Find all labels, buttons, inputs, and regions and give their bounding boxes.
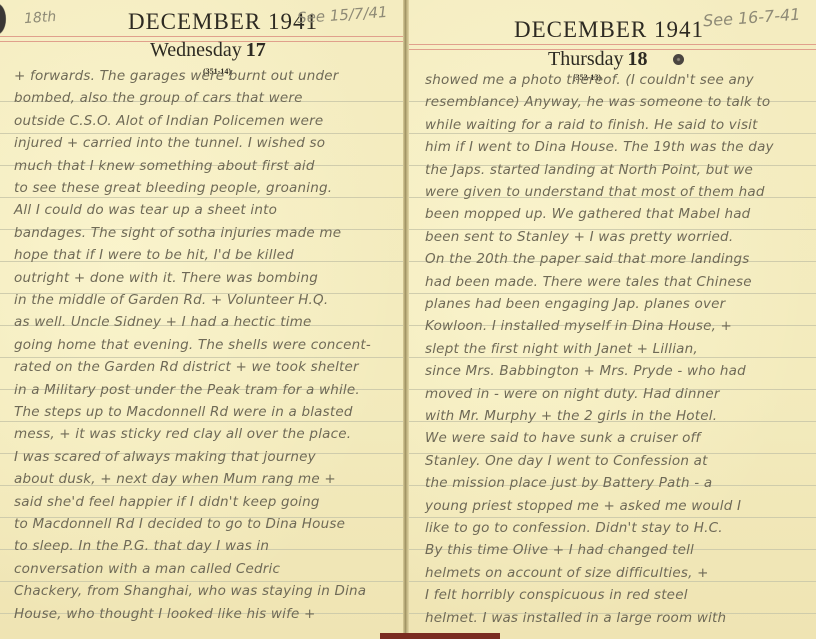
handwritten-line: planes had been engaging Jap. planes ove… [425,296,725,312]
handwritten-line: conversation with a man called Cedric [14,561,280,577]
handwritten-date: 18th [23,9,56,27]
handwritten-line: injured + carried into the tunnel. I wis… [14,135,325,151]
full-moon-icon [673,54,684,65]
diary-spread: 18th DECEMBER 1941 See 15/7/41 Wednesday… [0,0,816,639]
handwritten-line: been mopped up. We gathered that Mabel h… [425,206,750,222]
binder-clip [0,0,8,38]
handwritten-line: helmets on account of size difficulties,… [425,565,709,581]
handwritten-line: bombed, also the group of cars that were [14,90,303,106]
handwritten-line: outright + done with it. There was bombi… [14,270,318,286]
handwritten-line: On the 20th the paper said that more lan… [425,251,749,267]
handwritten-line: in the middle of Garden Rd. + Volunteer … [14,292,328,308]
day-heading: Wednesday17 [150,39,266,62]
handwritten-line: much that I knew something about first a… [14,158,315,174]
month-header: DECEMBER 1941 [514,17,704,43]
handwritten-line: All I could do was tear up a sheet into [14,202,277,218]
handwritten-line: since Mrs. Babbington + Mrs. Pryde - who… [425,363,746,379]
handwritten-line: to Macdonnell Rd I decided to go to Dina… [14,516,345,532]
left-page: 18th DECEMBER 1941 See 15/7/41 Wednesday… [0,0,405,639]
handwritten-line: I felt horribly conspicuous in red steel [425,587,688,603]
month-header: DECEMBER 1941 [128,9,318,35]
handwritten-line: to see these great bleeding people, groa… [14,180,332,196]
handwritten-line: in a Military post under the Peak tram f… [14,382,360,398]
day-number: 17 [246,39,266,61]
book-gutter [403,0,409,639]
handwritten-line: hope that if I were to be hit, I'd be ki… [14,247,294,263]
handwritten-line: I was scared of always making that journ… [14,449,316,465]
handwritten-line: moved in - were on night duty. Had dinne… [425,386,720,402]
handwritten-line: the mission place just by Battery Path -… [425,475,712,491]
handwritten-line: with Mr. Murphy + the 2 girls in the Hot… [425,408,717,424]
handwritten-line: been sent to Stanley + I was pretty worr… [425,229,733,245]
handwritten-line: said she'd feel happier if I didn't keep… [14,494,320,510]
day-number: 18 [628,48,648,70]
handwritten-line: him if I went to Dina House. The 19th wa… [425,139,774,155]
handwritten-line: showed me a photo thereof. (I couldn't s… [425,72,754,88]
day-name: Wednesday [150,39,242,61]
handwritten-line: Chackery, from Shanghai, who was staying… [14,583,366,599]
handwritten-line: like to go to confession. Didn't stay to… [425,520,723,536]
handwritten-line: + forwards. The garages were burnt out u… [14,68,339,84]
handwritten-line: resemblance) Anyway, he was someone to t… [425,94,770,110]
handwritten-line: young priest stopped me + asked me would… [425,498,741,514]
handwritten-line: mess, + it was sticky red clay all over … [14,426,351,442]
handwritten-line: By this time Olive + I had changed tell [425,542,694,558]
handwritten-line: rated on the Garden Rd district + we too… [14,359,359,375]
handwritten-line: bandages. The sight of sotha injuries ma… [14,225,341,241]
day-heading: Thursday18 [548,48,648,71]
handwritten-line: to sleep. In the P.G. that day I was in [14,538,269,554]
right-page: DECEMBER 1941 See 16-7-41 Thursday18 (35… [407,0,816,639]
handwritten-line: outside C.S.O. Alot of Indian Policemen … [14,113,323,129]
handwritten-line: while waiting for a raid to finish. He s… [425,117,758,133]
handwritten-line: House, who thought I looked like his wif… [14,606,316,622]
day-name: Thursday [548,48,624,70]
handwritten-line: Kowloon. I installed myself in Dina Hous… [425,318,732,334]
handwritten-line: slept the first night with Janet + Lilli… [425,341,698,357]
cross-reference-note: See 15/7/41 [296,3,388,27]
book-cover-edge [380,633,500,639]
cross-reference-note: See 16-7-41 [702,5,800,31]
handwritten-line: about dusk, + next day when Mum rang me … [14,471,336,487]
handwritten-line: had been made. There were tales that Chi… [425,274,752,290]
handwritten-line: the Japs. started landing at North Point… [425,162,753,178]
handwritten-line: helmet. I was installed in a large room … [425,610,726,626]
handwritten-line: The steps up to Macdonnell Rd were in a … [14,404,353,420]
handwritten-line: as well. Uncle Sidney + I had a hectic t… [14,314,312,330]
handwritten-line: were given to understand that most of th… [425,184,765,200]
handwritten-line: going home that evening. The shells were… [14,337,371,353]
handwritten-line: We were said to have sunk a cruiser off [425,430,700,446]
handwritten-line: Stanley. One day I went to Confession at [425,453,708,469]
